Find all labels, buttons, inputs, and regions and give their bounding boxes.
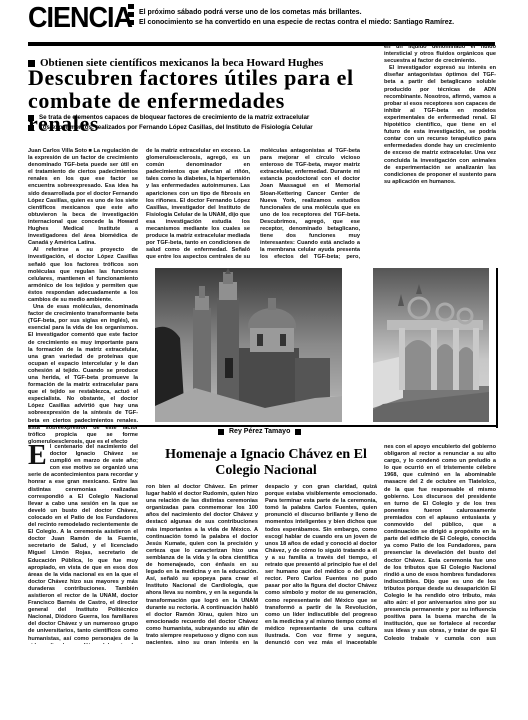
bullet-square-icon	[218, 429, 224, 435]
paragraph: El investigador expresó su interés en di…	[384, 65, 496, 186]
article2-column-2: ron bien al doctor Chávez. En primer lug…	[146, 484, 258, 644]
paragraph: nes con el apoyo encubierto del gobierno…	[384, 444, 496, 640]
article1-column-2: de la matriz extracelular en exceso. La …	[146, 148, 250, 260]
article2-column-1: E l centenario del nacimiento del doctor…	[28, 444, 138, 644]
teaser[interactable]: El conocimiento se ha convertido en una …	[139, 18, 454, 28]
article2-column-4: nes con el apoyo encubierto del gobierno…	[384, 444, 496, 640]
drop-cap: E	[28, 445, 47, 467]
bullet-square-icon	[295, 429, 301, 435]
section-mark-icon	[128, 4, 134, 26]
article1-column-1: Juan Carlos Villa Soto ■ La regulación d…	[28, 148, 138, 460]
deck: Los experimentos, realizados por Fernand…	[28, 123, 358, 133]
photo-rule	[28, 425, 496, 427]
paragraph: l centenario del nacimiento del doctor I…	[28, 444, 138, 644]
deck-text: Los experimentos, realizados por Fernand…	[39, 123, 313, 133]
article1-column-3: moléculas antagonistas al TGF-beta para …	[260, 148, 360, 260]
teaser[interactable]: El próximo sábado podrá verse uno de los…	[139, 8, 454, 18]
photo-credit: Rey Pérez Tamayo	[218, 428, 301, 435]
arch-gate-photo	[373, 268, 489, 422]
paragraph: en un líquido denominado el fluido inter…	[384, 44, 496, 65]
article2-column-3: despacio y con gran claridad, quizá porq…	[265, 484, 377, 644]
section-title: CIENCIA	[28, 2, 132, 35]
credit-text: Rey Pérez Tamayo	[229, 428, 290, 435]
paragraph: despacio y con gran claridad, quizá porq…	[265, 484, 377, 644]
paragraph: Al referirse a su proyecto de investigac…	[28, 247, 138, 304]
deck-list: Se trata de elementos capaces de bloquea…	[28, 113, 358, 133]
church-photo	[155, 268, 342, 422]
teasers: El próximo sábado podrá verse uno de los…	[139, 8, 454, 28]
article1-column-4: en un líquido denominado el fluido inter…	[384, 44, 496, 264]
paragraph: ron bien al doctor Chávez. En primer lug…	[146, 484, 258, 644]
deck: Se trata de elementos capaces de bloquea…	[28, 113, 358, 123]
bullet-square-icon	[28, 115, 34, 121]
photo-vertical-rule	[496, 268, 498, 428]
article2-headline: Homenaje a Ignacio Chávez en El Colegio …	[150, 447, 382, 479]
paragraph: Juan Carlos Villa Soto ■ La regulación d…	[28, 148, 138, 247]
paragraph: moléculas antagonistas al TGF-beta para …	[260, 148, 360, 260]
paragraph: de la matriz extracelular en exceso. La …	[146, 148, 250, 260]
deck-text: Se trata de elementos capaces de bloquea…	[39, 113, 309, 123]
bullet-square-icon	[28, 125, 34, 131]
